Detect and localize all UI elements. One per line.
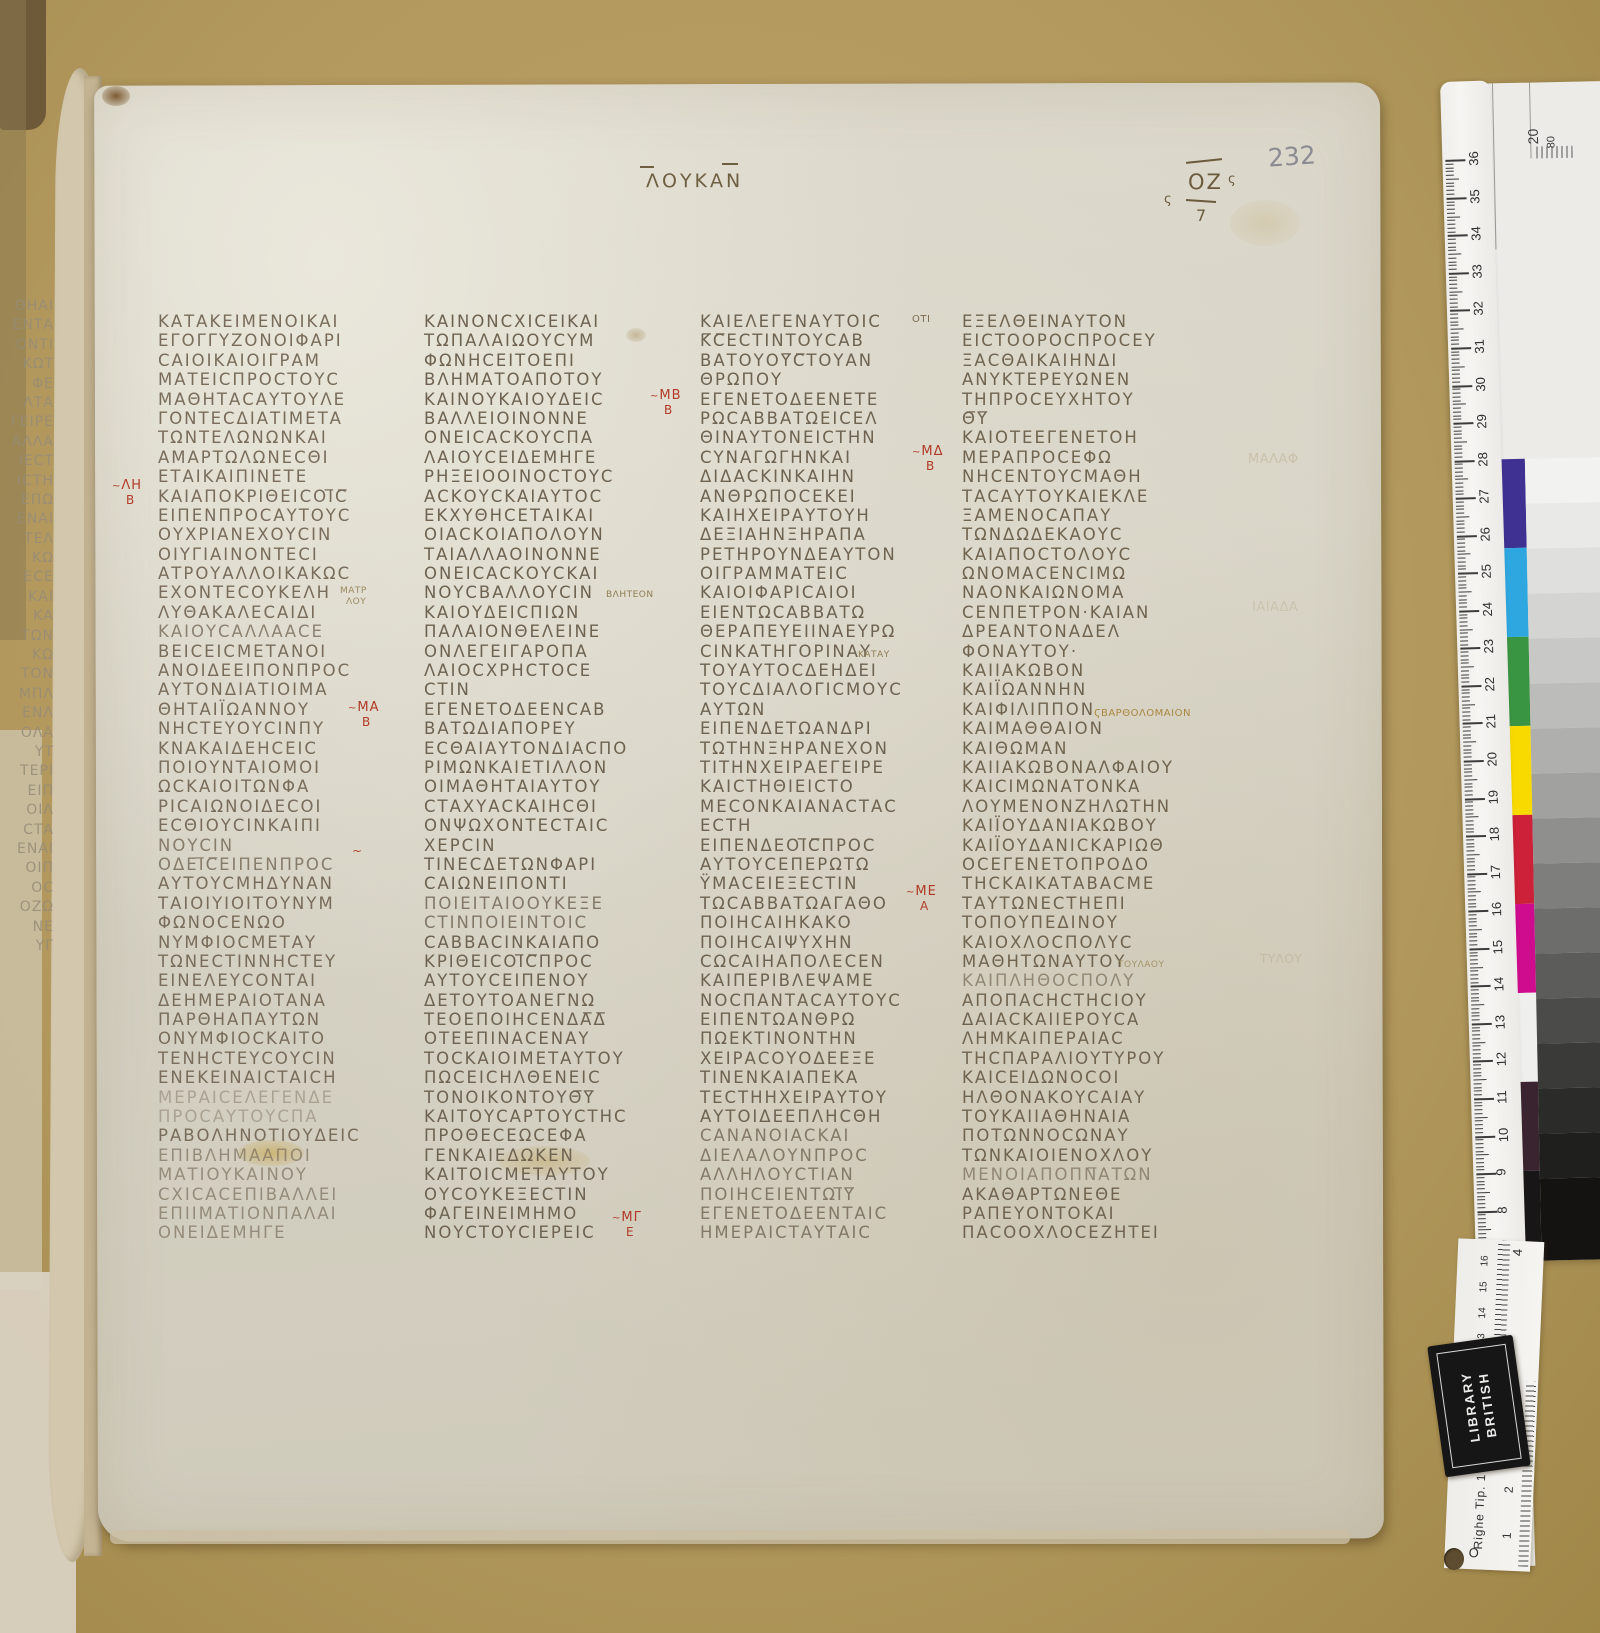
mm-tick	[1452, 389, 1460, 390]
ghost-line-fragment: ΕΝΑΙ	[0, 841, 54, 860]
manuscript-line: ΤΕΟΕΠΟΙΗϹΕΝΔΑ̅Δ̅	[424, 1010, 628, 1029]
mm-tick	[1477, 1199, 1485, 1200]
mm-tick	[1447, 224, 1455, 225]
manuscript-line: ΚΑΙϹΙΜΩΝΑΤΟΝΚΑ	[962, 777, 1174, 796]
manuscript-line: ΗΛΘΟΝΑΚΟΥϹΑΙΑΥ	[962, 1088, 1174, 1107]
mm-tick	[1477, 1196, 1485, 1197]
manuscript-line: ΟΤΕΕΠΙΝΑϹΕΝΑΥ	[424, 1029, 628, 1048]
gray-step	[1534, 907, 1600, 954]
card-rule-line	[1529, 83, 1532, 159]
cm-number: 11	[1494, 1090, 1509, 1104]
mm-tick	[1465, 787, 1473, 788]
mm-tick	[1450, 321, 1458, 322]
title-overline	[640, 166, 654, 168]
mm-tick	[1462, 697, 1470, 698]
mm-tick	[1475, 1124, 1483, 1125]
mm-tick	[1465, 816, 1478, 817]
canon-number: Β	[926, 459, 944, 473]
manuscript-line: ΕΙΠΕΝΔΕΤΩΑΝΔΡΙ	[700, 719, 903, 738]
gray-step	[1525, 457, 1600, 504]
mm-tick	[1447, 220, 1455, 221]
gray-step	[1528, 592, 1600, 639]
manuscript-line: ΟΥΧΡΙΑΝΕΧΟΥϹΙΝ	[158, 525, 361, 544]
mm-tick	[1475, 1139, 1483, 1140]
cm-number: 18	[1487, 827, 1502, 842]
section-number-ΜΔ: ~ΜΔΒ	[912, 444, 944, 473]
mm-tick	[1454, 449, 1462, 450]
manuscript-line: ΘΗΤΑΙΪΩΑΝΝΟΥ	[158, 700, 361, 719]
manuscript-line: ΔΕΗΜΕΡΑΙΟΤΑΝΑ	[158, 991, 361, 1010]
cm-number: 26	[1477, 527, 1492, 542]
ruler2-lower-number: 1	[1500, 1532, 1514, 1539]
mm-tick	[1472, 1031, 1480, 1032]
mm-tick	[1466, 839, 1474, 840]
mm-tick	[1478, 1237, 1486, 1238]
manuscript-line: ΑΝΥΚΤΕΡΕΥΩΝΕΝ	[962, 370, 1174, 389]
mm-tick	[1459, 595, 1467, 596]
mm-tick	[1462, 719, 1470, 720]
ghost-line-fragment: ΚΑ	[0, 608, 54, 627]
mm-tick	[1478, 1218, 1486, 1219]
mm-tick	[1478, 1229, 1491, 1230]
mm-tick	[1454, 445, 1462, 446]
ghost-line-fragment: ΙϹΤΗ	[0, 473, 54, 492]
mm-tick	[1470, 967, 1483, 968]
mm-tick	[1473, 1053, 1481, 1054]
mm-tick	[1466, 824, 1474, 825]
mm-tick	[1448, 250, 1456, 251]
manuscript-line: ΤΟΥϹΔΙΑΛΟΓΙϹΜΟΥϹ	[700, 680, 903, 699]
mm-tick	[1461, 666, 1474, 667]
manuscript-line: ΕΙϹΤΟΟΡΟϹΠΡΟϹΕΥ	[962, 331, 1174, 350]
mm-tick	[1471, 1008, 1479, 1009]
mm-tick	[1478, 1214, 1486, 1215]
marginal-note: ~	[352, 844, 363, 858]
ghost-line-fragment: ΟΝΤΙ	[0, 337, 54, 356]
grayscale-end-block	[1540, 1177, 1600, 1261]
mm-tick	[1470, 959, 1478, 960]
manuscript-line: ΡΑΒΟΛΗΝΟΤΙΟΥΔΕΙϹ	[158, 1126, 361, 1145]
manuscript-line: ΚΑΙΙΑΚΩΒΟΝ	[962, 661, 1174, 680]
manuscript-line: ΝΑΟΝΚΑΙΩΝΟΜΑ	[962, 583, 1174, 602]
mm-tick	[1474, 1094, 1482, 1095]
mm-tick	[1465, 802, 1473, 803]
text-column-4: ΕΞΕΛΘΕΙΝΑΥΤΟΝΕΙϹΤΟΟΡΟϹΠΡΟϹΕΥΞΑϹΘΑΙΚΑΙΗΝΔ…	[962, 312, 1174, 1243]
mm-tick	[1458, 561, 1466, 562]
mm-tick	[1471, 1001, 1479, 1002]
manuscript-line: ΚΑΙΘΩΜΑΝ	[962, 739, 1174, 758]
mm-tick	[1467, 869, 1475, 870]
cm-number: 12	[1493, 1052, 1508, 1067]
manuscript-line: ΠΟΙΗϹΑΙΗΚΑΚΟ	[700, 913, 903, 932]
ghost-line-fragment: ΛΤΑ	[0, 395, 54, 414]
gray-step	[1533, 862, 1600, 909]
manuscript-line: ΤΗϹΠΑΡΑΛΙΟΥΤΥΡΟΥ	[962, 1049, 1174, 1068]
manuscript-line: ΕΚΧΥΘΗϹΕΤΑΙΚΑΙ	[424, 506, 628, 525]
mm-tick	[1454, 434, 1462, 435]
manuscript-line: ΕϹΤΗ	[700, 816, 903, 835]
manuscript-line: ΚΑΙΑΠΟΚΡΙΘΕΙϹΟΙ̅Ϲ̅	[158, 487, 361, 506]
cm-number: 34	[1468, 226, 1483, 241]
mm-tick	[1448, 261, 1456, 262]
mm-tick	[1460, 651, 1468, 652]
cm-number: 28	[1475, 452, 1490, 467]
section-number-ΛΗ: ~ΛΗΒ	[112, 478, 142, 507]
manuscript-line: ΚΑΙΠΕΡΙΒΛΕΨΑΜΕ	[700, 971, 903, 990]
marginal-note: ΟΤΙ	[912, 314, 930, 325]
mm-tick	[1472, 1038, 1480, 1039]
cm-tick	[1445, 159, 1465, 162]
manuscript-line: ϹΩϹΑΙΗΑΠΟΛΕϹΕΝ	[700, 952, 903, 971]
cm-tick	[1450, 310, 1470, 313]
manuscript-line: Θ̅Υ̅	[962, 409, 1174, 428]
cm-tick	[1455, 460, 1475, 463]
manuscript-line: ϹΕΝΠΕΤΡΟΝ·ΚΑΙΑΝ	[962, 603, 1174, 622]
mm-tick	[1474, 1106, 1482, 1107]
mm-tick	[1478, 1226, 1486, 1227]
mm-tick	[1464, 764, 1472, 765]
mm-tick	[1461, 663, 1469, 664]
mm-tick	[1468, 884, 1476, 885]
mm-tick	[1453, 411, 1461, 412]
manuscript-line: ΟΝΕΙΔΕΜΗΓΕ	[158, 1223, 361, 1242]
manuscript-line: ΝΟΥϹΤΟΥϹΙΕΡΕΙϹ	[424, 1223, 628, 1242]
mm-tick	[1446, 171, 1454, 172]
manuscript-line: ΚΑΙΟΙΦΑΡΙϹΑΙΟΙ	[700, 583, 903, 602]
mm-tick	[1469, 918, 1477, 919]
mm-tick	[1478, 1233, 1486, 1234]
manuscript-line: ΔΙΕΛΑΛΟΥΝΠΡΟϹ	[700, 1146, 903, 1165]
cm-number: 35	[1467, 189, 1482, 204]
cm-number: 27	[1476, 489, 1491, 504]
manuscript-line: ΚΡΙΘΕΙϹΟΙ̅Ϲ̅ΠΡΟϹ	[424, 952, 628, 971]
cm-tick	[1447, 197, 1467, 200]
manuscript-line: ΤΟΠΟΥΠΕΔΙΝΟΥ	[962, 913, 1174, 932]
gray-step	[1531, 727, 1600, 774]
mm-tick	[1450, 306, 1458, 307]
mm-tick	[1458, 558, 1466, 559]
mm-tick	[1461, 655, 1469, 656]
manuscript-line: ΤΟϹΚΑΙΟΙΜΕΤΑΥΤΟΥ	[424, 1049, 628, 1068]
mm-tick	[1469, 929, 1482, 930]
gray-step	[1536, 997, 1600, 1044]
manuscript-line: ΞΑϹΘΑΙΚΑΙΗΝΔΙ	[962, 351, 1174, 370]
manuscript-line: ΟΙΥΓΙΑΙΝΟΝΤΕϹΙ	[158, 545, 361, 564]
mm-tick	[1476, 1147, 1484, 1148]
manuscript-line: ϹΑΒΒΑϹΙΝΚΑΙΑΠΟ	[424, 933, 628, 952]
mm-tick	[1464, 753, 1472, 754]
manuscript-line: ΤΕϹΤΗΗΧΕΙΡΑΥΤΟΥ	[700, 1088, 903, 1107]
manuscript-line: ΧΕΙΡΑϹΟΥΟΔΕΕΞΕ	[700, 1049, 903, 1068]
manuscript-line: ΗΜΕΡΑΙϹΤΑΥΤΑΙϹ	[700, 1223, 903, 1242]
marginal-note: ϚΒΑΡΘΟΛΟΜΑΙΟΝ	[1094, 708, 1191, 719]
cm-tick	[1448, 235, 1468, 238]
manuscript-line: ΚΝΑΚΑΙΔΕΗϹΕΙϹ	[158, 739, 361, 758]
mm-tick	[1463, 749, 1471, 750]
mm-tick	[1458, 576, 1466, 577]
mm-tick	[1472, 1016, 1480, 1017]
manuscript-line: ΒΑΤΟΥΟΥ̅Ϲ̅ΤΟΥΑΝ	[700, 351, 903, 370]
mm-tick	[1473, 1076, 1481, 1077]
ghost-line-fragment: ΓΕΙΡΕ	[0, 414, 54, 433]
mm-tick	[1476, 1158, 1484, 1159]
mm-tick	[1462, 700, 1470, 701]
mm-tick	[1475, 1121, 1483, 1122]
mm-tick	[1451, 332, 1459, 333]
mm-tick	[1476, 1169, 1484, 1170]
cm-number: 31	[1472, 339, 1487, 354]
manuscript-line: ΕΞΕΛΘΕΙΝΑΥΤΟΝ	[962, 312, 1174, 331]
ruler2-upper-number: 16	[1479, 1255, 1490, 1267]
mm-tick	[1465, 805, 1473, 806]
mm-tick	[1466, 828, 1474, 829]
cm-number: 17	[1488, 864, 1503, 879]
manuscript-line: ΚΑΙΪΟΥΔΑΝΙϹΚΑΡΙΩΘ	[962, 836, 1174, 855]
mm-tick	[1452, 363, 1460, 364]
mm-tick	[1472, 1034, 1480, 1035]
canon-number: Β	[664, 403, 682, 417]
manuscript-line: ΝΗϹΤΕΥΟΥϹΙΝΠΥ	[158, 719, 361, 738]
cm-number: 23	[1481, 639, 1496, 654]
manuscript-line: ΜΑΤΕΙϹΠΡΟϹΤΟΥϹ	[158, 370, 361, 389]
manuscript-line: ΑΥΤΟΥϹΕΠΕΡΩΤΩ	[700, 855, 903, 874]
manuscript-line: ΛΥΘΑΚΑΛΕϹΑΙΔΙ	[158, 603, 361, 622]
manuscript-line: ΚΑΙΜΑΘΘΑΙΟΝ	[962, 719, 1174, 738]
cm-number: 30	[1473, 376, 1488, 391]
mm-tick	[1477, 1188, 1485, 1189]
marginal-note: ΜΑΛΑΦ	[1248, 452, 1299, 467]
mm-tick	[1477, 1192, 1490, 1193]
manuscript-line: ΑΝΘΡΩΠΟϹΕΚΕΙ	[700, 487, 903, 506]
gray-step	[1532, 817, 1600, 864]
mm-tick	[1454, 441, 1467, 442]
ghost-line-fragment: ΟΙΛ	[0, 802, 54, 821]
manuscript-line: ΦΟΝΑΥΤΟΥ·	[962, 642, 1174, 661]
manuscript-line: ϹΥΝΑΓΩΓΗΝΚΑΙ	[700, 448, 903, 467]
mm-tick	[1466, 820, 1474, 821]
tag-border-box: LIBRARY BRITISH	[1436, 1344, 1521, 1469]
mm-tick	[1460, 629, 1473, 630]
manuscript-line: ΕΝΕΚΕΙΝΑΙϹΤΑΙϹΗ	[158, 1068, 361, 1087]
cm-tick	[1453, 422, 1473, 425]
ghost-line-fragment: ΟΙΠ	[0, 860, 54, 879]
ruler2-lower-number: 2	[1502, 1486, 1516, 1493]
manuscript-line: ΤΩΝΚΑΙΟΙΕΝΟΧΛΟΥ	[962, 1146, 1174, 1165]
mm-tick	[1450, 302, 1458, 303]
mm-tick	[1468, 914, 1476, 915]
mm-tick	[1450, 295, 1458, 296]
manuscript-line: ΠΟΙΟΥΝΤΑΙΟΜΟΙ	[158, 758, 361, 777]
cm-tick	[1451, 347, 1471, 350]
manuscript-line: ΚΑΙΤΟΙϹΜΕΤΑΥΤΟΥ	[424, 1165, 628, 1184]
british-library-tag: LIBRARY BRITISH	[1427, 1335, 1531, 1478]
manuscript-line: ΒΛΗΜΑΤΟΑΠΟΤΟΥ	[424, 370, 628, 389]
mm-tick	[1463, 738, 1471, 739]
quire-flourish: ς	[1228, 172, 1238, 187]
mm-tick	[1474, 1091, 1482, 1092]
canon-number: Ε	[626, 1225, 642, 1239]
mm-tick	[1450, 325, 1458, 326]
ghost-line-fragment: ΝΕ	[0, 919, 54, 938]
manuscript-line: ϹΤΙΝΠΟΙΕΙΝΤΟΙϹ	[424, 913, 628, 932]
mm-tick	[1456, 505, 1464, 506]
mm-tick	[1468, 903, 1476, 904]
manuscript-line: ΕΠΙΙΜΑΤΙΟΝΠΑΛΑΙ	[158, 1204, 361, 1223]
manuscript-line: ΞΑΜΕΝΟϹΑΠΑΥ	[962, 506, 1174, 525]
ghost-line-fragment: ΕϹΕ	[0, 569, 54, 588]
gray-step	[1537, 1042, 1600, 1089]
mm-tick	[1473, 1049, 1481, 1050]
manuscript-line: ΕΓΕΝΕΤΟΔΕΕΝΤΑΙϹ	[700, 1204, 903, 1223]
gray-step	[1539, 1132, 1600, 1179]
mm-tick	[1470, 971, 1478, 972]
manuscript-line: ΚΑΙϹΤΗΘΙΕΙϹΤΟ	[700, 777, 903, 796]
cm-tick	[1467, 873, 1487, 876]
manuscript-line: ΤΩΝΤΕΛΩΝΩΝΚΑΙ	[158, 428, 361, 447]
mm-tick	[1451, 359, 1459, 360]
marginal-note: ΒΛΗΤΕΟΝ	[606, 590, 654, 600]
mm-tick	[1449, 269, 1457, 270]
manuscript-line: ΝΥΜΦΙΟϹΜΕΤΑΥ	[158, 933, 361, 952]
mm-tick	[1448, 253, 1461, 254]
mm-tick	[1449, 265, 1457, 266]
mm-tick	[1458, 569, 1466, 570]
manuscript-line: ΤΑΥΤΩΝΕϹΤΗΕΠΙ	[962, 894, 1174, 913]
manuscript-line: ΠΟΙΗϹΑΙΨΥΧΗΝ	[700, 933, 903, 952]
mm-tick	[1472, 1019, 1480, 1020]
mm-tick	[1475, 1117, 1488, 1118]
mm-tick	[1449, 280, 1457, 281]
mm-tick	[1452, 366, 1465, 367]
mm-tick	[1448, 231, 1456, 232]
manuscript-line: ΠΡΟϹΑΥΤΟΥϹΠΑ	[158, 1107, 361, 1126]
title-overline	[722, 163, 738, 165]
ghost-line-fragment: ΥΤ	[0, 744, 54, 763]
manuscript-line: ΑΛΛΗΛΟΥϹΤΙΑΝ	[700, 1165, 903, 1184]
mm-tick	[1474, 1102, 1482, 1103]
mm-tick	[1462, 708, 1470, 709]
mm-tick	[1456, 516, 1469, 517]
manuscript-line: ΫΜΑϹΕΙΕΞΕϹΤΙΝ	[700, 874, 903, 893]
cm-tick	[1456, 497, 1476, 500]
cm-tick	[1471, 985, 1491, 988]
manuscript-line: ΡΙΜΩΝΚΑΙΕΤΙΛΛΟΝ	[424, 758, 628, 777]
mm-tick	[1457, 531, 1465, 532]
mm-tick	[1459, 606, 1467, 607]
mm-tick	[1470, 956, 1478, 957]
manuscript-line: ΤΙΝΕϹΔΕΤΩΝΦΑΡΙ	[424, 855, 628, 874]
manuscript-line: ΤΟΝΟΙΚΟΝΤΟΥΘ̅Υ̅	[424, 1088, 628, 1107]
text-column-3: ΚΑΙΕΛΕΓΕΝΑΥΤΟΙϹΚ̅Ϲ̅ΕϹΤΙΝΤΟΥϹΑΒΒΑΤΟΥΟΥ̅Ϲ̅…	[700, 312, 903, 1243]
mm-tick	[1451, 329, 1464, 330]
mm-tick	[1457, 528, 1465, 529]
quire-sub-number: 7	[1196, 206, 1208, 225]
manuscript-line: ΚΑΙΝΟΝϹΧΙϹΕΙΚΑΙ	[424, 312, 628, 331]
mm-tick	[1448, 246, 1456, 247]
mm-tick	[1467, 854, 1480, 855]
manuscript-line: ΜΑΘΗΤΑϹΑΥΤΟΥΛΕ	[158, 390, 361, 409]
mm-tick	[1470, 952, 1478, 953]
cm-tick	[1461, 685, 1481, 688]
mm-tick	[1460, 625, 1468, 626]
manuscript-line: ΜΕϹΟΝΚΑΙΑΝΑϹΤΑϹ	[700, 797, 903, 816]
manuscript-line: ΤΕΝΗϹΤΕΥϹΟΥϹΙΝ	[158, 1049, 361, 1068]
manuscript-line: ΡΙϹΑΙΩΝΟΙΔΕϹΟΙ	[158, 797, 361, 816]
manuscript-line: ΘΙΝΑΥΤΟΝΕΙϹΤΗΝ	[700, 428, 903, 447]
mm-tick	[1457, 546, 1465, 547]
mm-tick	[1469, 937, 1477, 938]
mm-tick	[1465, 794, 1473, 795]
gray-step	[1538, 1087, 1600, 1134]
mm-tick	[1446, 175, 1454, 176]
mm-tick	[1477, 1207, 1485, 1208]
mm-tick	[1458, 580, 1466, 581]
mm-tick	[1462, 693, 1470, 694]
mm-tick	[1451, 355, 1459, 356]
manuscript-line: ϹΑΙΟΙΚΑΙΟΙΓΡΑΜ	[158, 351, 361, 370]
manuscript-line: ΑΥΤΟΙΔΕΕΠΛΗϹΘΗ	[700, 1107, 903, 1126]
cm-tick	[1465, 798, 1485, 801]
mm-tick	[1475, 1132, 1483, 1133]
cm-number: 15	[1490, 939, 1505, 954]
manuscript-line: ΤΗΠΡΟϹΕΥΧΗΤΟΥ	[962, 390, 1174, 409]
gray-step	[1535, 952, 1600, 999]
manuscript-line: ΛΟΥΜΕΝΟΝΖΗΛΩΤΗΝ	[962, 797, 1174, 816]
manuscript-line: ϹΑΝΑΝΟΙΑϹΚΑΙ	[700, 1126, 903, 1145]
cm-tick	[1475, 1135, 1495, 1138]
manuscript-line: ΟΙΜΑΘΗΤΑΙΑΥΤΟΥ	[424, 777, 628, 796]
mm-tick	[1446, 167, 1454, 168]
mm-tick	[1451, 336, 1459, 337]
mm-tick	[1475, 1113, 1483, 1114]
mm-tick	[1452, 378, 1460, 379]
mm-tick	[1467, 858, 1475, 859]
manuscript-line: ΦΩΝΟϹΕΝΩΟ	[158, 913, 361, 932]
cm-tick	[1458, 572, 1478, 575]
manuscript-line: ΤΩΤΗΝΞΗΡΑΝΕΧΟΝ	[700, 739, 903, 758]
cm-tick	[1468, 910, 1488, 913]
cm-number: 19	[1485, 789, 1500, 804]
running-title: ΛΟΥΚΑΝ	[646, 170, 743, 192]
mm-tick	[1462, 715, 1470, 716]
mm-tick	[1468, 892, 1481, 893]
mm-tick	[1477, 1203, 1485, 1204]
mm-tick	[1467, 865, 1475, 866]
mm-tick	[1473, 1072, 1481, 1073]
manuscript-line: ΑΚΑΘΑΡΤΩΝΕΘΕ	[962, 1185, 1174, 1204]
mm-tick	[1473, 1068, 1481, 1069]
mm-tick	[1446, 190, 1454, 191]
manuscript-line: ΕΓΕΝΕΤΟΔΕΕΝϹΑΒ	[424, 700, 628, 719]
mm-tick	[1453, 396, 1461, 397]
manuscript-line: ΔΕΤΟΥΤΟΑΝΕΓΝΩ	[424, 991, 628, 1010]
mm-tick	[1471, 989, 1479, 990]
mm-tick	[1471, 993, 1479, 994]
mm-tick	[1455, 483, 1463, 484]
cm-number: 24	[1480, 602, 1495, 617]
mm-tick	[1464, 775, 1472, 776]
cm-number: 9	[1493, 1168, 1508, 1176]
mm-tick	[1447, 201, 1455, 202]
marginal-note: ΙΑΙΑΔΑ	[1252, 600, 1298, 615]
manuscript-line: ΡΕΤΗΡΟΥΝΔΕΑΥΤΟΝ	[700, 545, 903, 564]
manuscript-line: ΤΩΝΔΩΔΕΚΑΟΥϹ	[962, 525, 1174, 544]
manuscript-line: ΤΑΙΑΛΛΑΟΙΝΟΝΝΕ	[424, 545, 628, 564]
manuscript-line: ΤΑΙΟΙΥΙΟΙΤΟΥΝΥΜ	[158, 894, 361, 913]
ghost-line-fragment: ΙΕϹΤ	[0, 453, 54, 472]
manuscript-line: ΑΥΤΟΥϹΜΗΔΥΝΑΝ	[158, 874, 361, 893]
manuscript-line: ΠΑϹΟΟΧΛΟϹΕΖΗΤΕΙ	[962, 1223, 1174, 1242]
